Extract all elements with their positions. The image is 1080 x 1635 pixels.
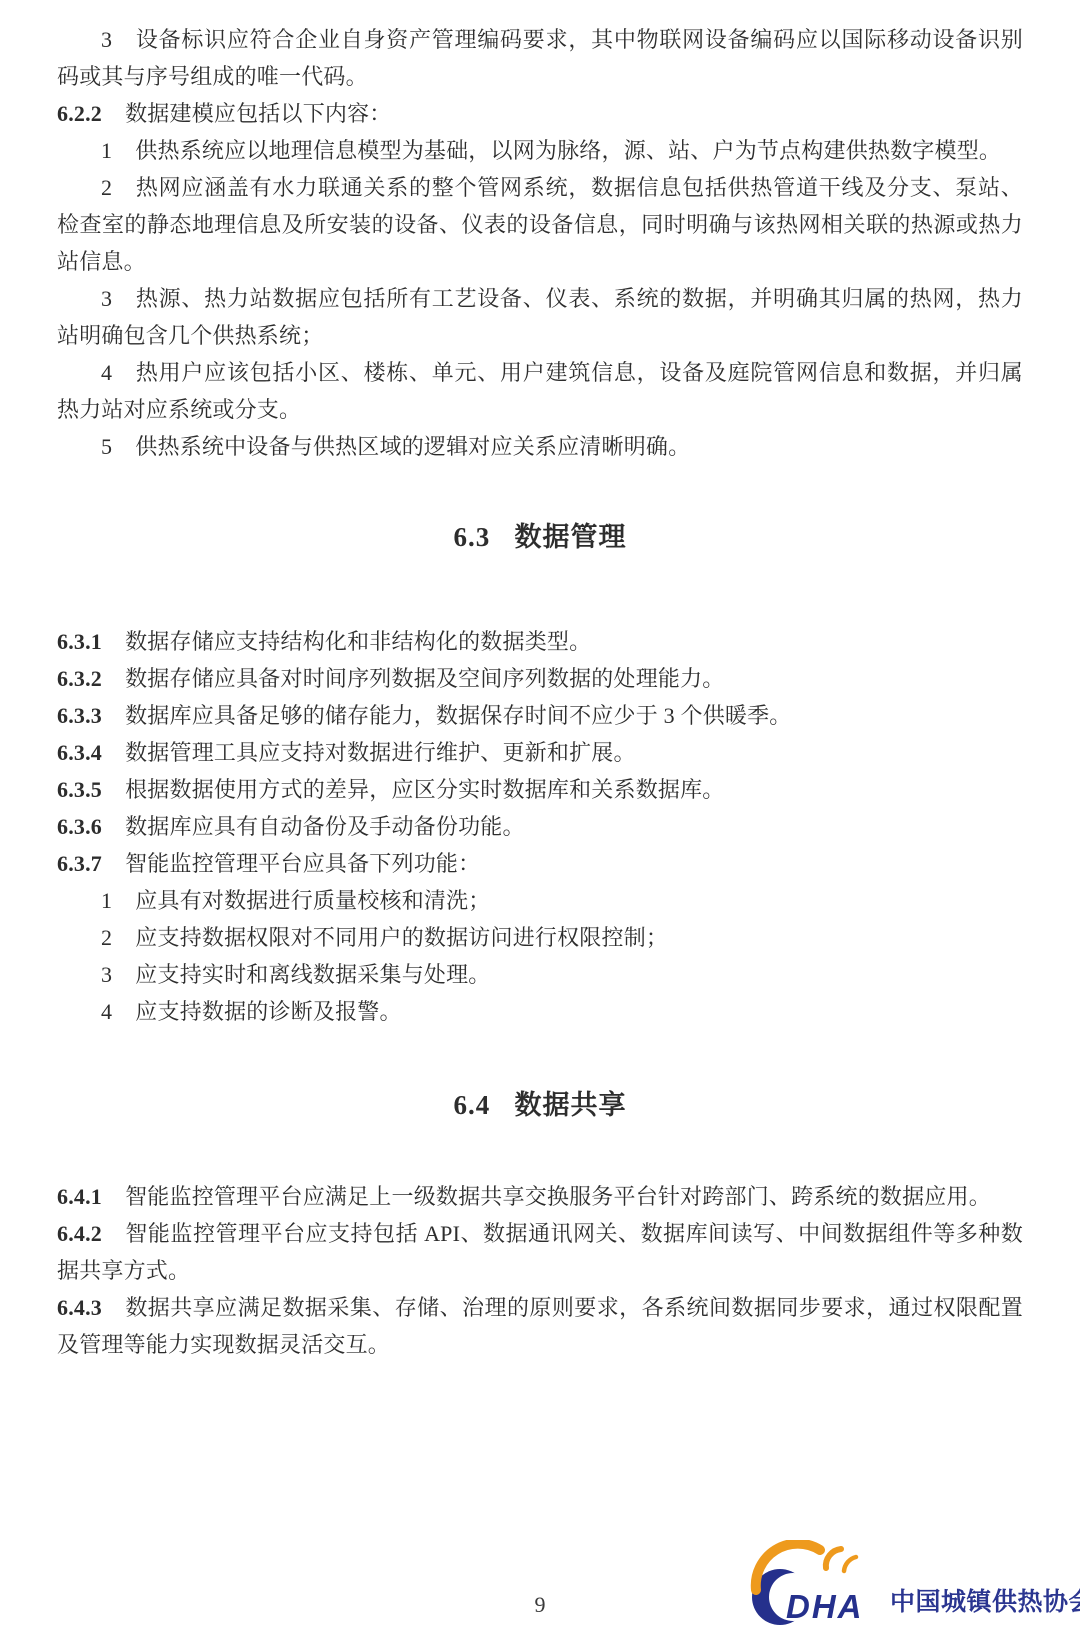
clause-number: 6.3.2 [57, 666, 102, 691]
list-item-number: 5 [101, 434, 112, 459]
clause-6.4.3: 6.4.3数据共享应满足数据采集、存储、治理的原则要求，各系统间数据同步要求，通… [57, 1289, 1023, 1363]
list-item-number: 3 [101, 962, 112, 987]
clause-text: 数据建模应包括以下内容： [125, 101, 391, 126]
list-item-text: 应支持数据权限对不同用户的数据访问进行权限控制； [135, 925, 668, 950]
clause-6.4.1: 6.4.1智能监控管理平台应满足上一级数据共享交换服务平台针对跨部门、跨系统的数… [57, 1178, 1023, 1215]
clause-number: 6.4.1 [57, 1184, 102, 1209]
list-item: 1应具有对数据进行质量校核和清洗； [57, 882, 1023, 919]
clause-text: 智能监控管理平台应具备下列功能： [125, 851, 480, 876]
list-item-number: 1 [101, 888, 112, 913]
clause-text: 数据库应具有自动备份及手动备份功能。 [125, 814, 525, 839]
section-number: 6.3 [453, 522, 490, 552]
list-item: 2热网应涵盖有水力联通关系的整个管网系统，数据信息包括供热管道干线及分支、泵站、… [57, 169, 1023, 280]
list-item-text: 供热系统中设备与供热区域的逻辑对应关系应清晰明确。 [135, 434, 690, 459]
section-title: 数据管理 [515, 522, 627, 552]
list-item: 5供热系统中设备与供热区域的逻辑对应关系应清晰明确。 [57, 428, 1023, 465]
clause-6.3.5: 6.3.5根据数据使用方式的差异，应区分实时数据库和关系数据库。 [57, 771, 1023, 808]
clause-6.3.2: 6.3.2数据存储应具备对时间序列数据及空间序列数据的处理能力。 [57, 660, 1023, 697]
list-item: 4热用户应该包括小区、楼栋、单元、用户建筑信息，设备及庭院管网信息和数据，并归属… [57, 354, 1023, 428]
list-item-number: 2 [101, 175, 112, 200]
clause-text: 根据数据使用方式的差异，应区分实时数据库和关系数据库。 [125, 777, 724, 802]
list-item: 2应支持数据权限对不同用户的数据访问进行权限控制； [57, 919, 1023, 956]
section-heading-6.3: 6.3数据管理 [57, 517, 1023, 557]
list-item-number: 2 [101, 925, 112, 950]
list-item-number: 4 [101, 360, 112, 385]
list-item: 1供热系统应以地理信息模型为基础，以网为脉络，源、站、户为节点构建供热数字模型。 [57, 132, 1023, 169]
clause-text: 智能监控管理平台应支持包括 API、数据通讯网关、数据库间读写、中间数据组件等多… [57, 1221, 1023, 1283]
list-item-text: 供热系统应以地理信息模型为基础，以网为脉络，源、站、户为节点构建供热数字模型。 [135, 138, 1001, 163]
clause-6.3.7: 6.3.7智能监控管理平台应具备下列功能： [57, 845, 1023, 882]
org-logo: DHA 中国城镇供热协会 [750, 1540, 1080, 1634]
clause-number: 6.4.3 [57, 1295, 102, 1320]
clause-number: 6.3.4 [57, 740, 102, 765]
document-page: 3设备标识应符合企业自身资产管理编码要求，其中物联网设备编码应以国际移动设备识别… [0, 0, 1080, 1635]
list-item-text: 热网应涵盖有水力联通关系的整个管网系统，数据信息包括供热管道干线及分支、泵站、检… [57, 175, 1023, 274]
list-item-number: 4 [101, 999, 112, 1024]
logo-org-name: 中国城镇供热协会 [890, 1588, 1080, 1616]
orange-arc-icon [826, 1549, 841, 1568]
list-item-text: 热用户应该包括小区、楼栋、单元、用户建筑信息，设备及庭院管网信息和数据，并归属热… [57, 360, 1023, 422]
logo-mark: DHA [750, 1540, 885, 1634]
clause-text: 数据管理工具应支持对数据进行维护、更新和扩展。 [125, 740, 636, 765]
document-body: 3设备标识应符合企业自身资产管理编码要求，其中物联网设备编码应以国际移动设备识别… [57, 21, 1023, 1363]
list-item: 4应支持数据的诊断及报警。 [57, 993, 1023, 1030]
clause-6.3.4: 6.3.4数据管理工具应支持对数据进行维护、更新和扩展。 [57, 734, 1023, 771]
clause-6.2.2: 6.2.2数据建模应包括以下内容： [57, 95, 1023, 132]
clause-text: 数据共享应满足数据采集、存储、治理的原则要求，各系统间数据同步要求，通过权限配置… [57, 1295, 1023, 1357]
clause-text: 数据存储应支持结构化和非结构化的数据类型。 [125, 629, 591, 654]
list-item-text: 应支持实时和离线数据采集与处理。 [135, 962, 490, 987]
clause-text: 智能监控管理平台应满足上一级数据共享交换服务平台针对跨部门、跨系统的数据应用。 [125, 1184, 991, 1209]
logo-acronym: DHA [786, 1588, 864, 1625]
clause-text: 数据存储应具备对时间序列数据及空间序列数据的处理能力。 [125, 666, 724, 691]
list-item-number: 3 [101, 27, 112, 52]
clause-number: 6.3.5 [57, 777, 102, 802]
clause-6.3.3: 6.3.3数据库应具备足够的储存能力，数据保存时间不应少于 3 个供暖季。 [57, 697, 1023, 734]
clause-6.3.1: 6.3.1数据存储应支持结构化和非结构化的数据类型。 [57, 623, 1023, 660]
list-item: 3热源、热力站数据应包括所有工艺设备、仪表、系统的数据，并明确其归属的热网，热力… [57, 280, 1023, 354]
clause-number: 6.2.2 [57, 101, 102, 126]
clause-number: 6.3.3 [57, 703, 102, 728]
list-item-text: 热源、热力站数据应包括所有工艺设备、仪表、系统的数据，并明确其归属的热网，热力站… [57, 286, 1023, 348]
orange-arc-icon [844, 1557, 856, 1571]
list-item: 3设备标识应符合企业自身资产管理编码要求，其中物联网设备编码应以国际移动设备识别… [57, 21, 1023, 95]
list-item-number: 1 [101, 138, 112, 163]
list-item-number: 3 [101, 286, 112, 311]
clause-6.3.6: 6.3.6数据库应具有自动备份及手动备份功能。 [57, 808, 1023, 845]
list-item-text: 应支持数据的诊断及报警。 [135, 999, 401, 1024]
list-item-text: 设备标识应符合企业自身资产管理编码要求，其中物联网设备编码应以国际移动设备识别码… [57, 27, 1023, 89]
list-item-text: 应具有对数据进行质量校核和清洗； [135, 888, 490, 913]
clause-number: 6.3.1 [57, 629, 102, 654]
section-number: 6.4 [453, 1090, 490, 1120]
section-title: 数据共享 [515, 1090, 627, 1120]
section-heading-6.4: 6.4数据共享 [57, 1085, 1023, 1125]
clause-number: 6.4.2 [57, 1221, 102, 1246]
clause-number: 6.3.7 [57, 851, 102, 876]
list-item: 3应支持实时和离线数据采集与处理。 [57, 956, 1023, 993]
clause-6.4.2: 6.4.2智能监控管理平台应支持包括 API、数据通讯网关、数据库间读写、中间数… [57, 1215, 1023, 1289]
clause-text: 数据库应具备足够的储存能力，数据保存时间不应少于 3 个供暖季。 [125, 703, 791, 728]
clause-number: 6.3.6 [57, 814, 102, 839]
